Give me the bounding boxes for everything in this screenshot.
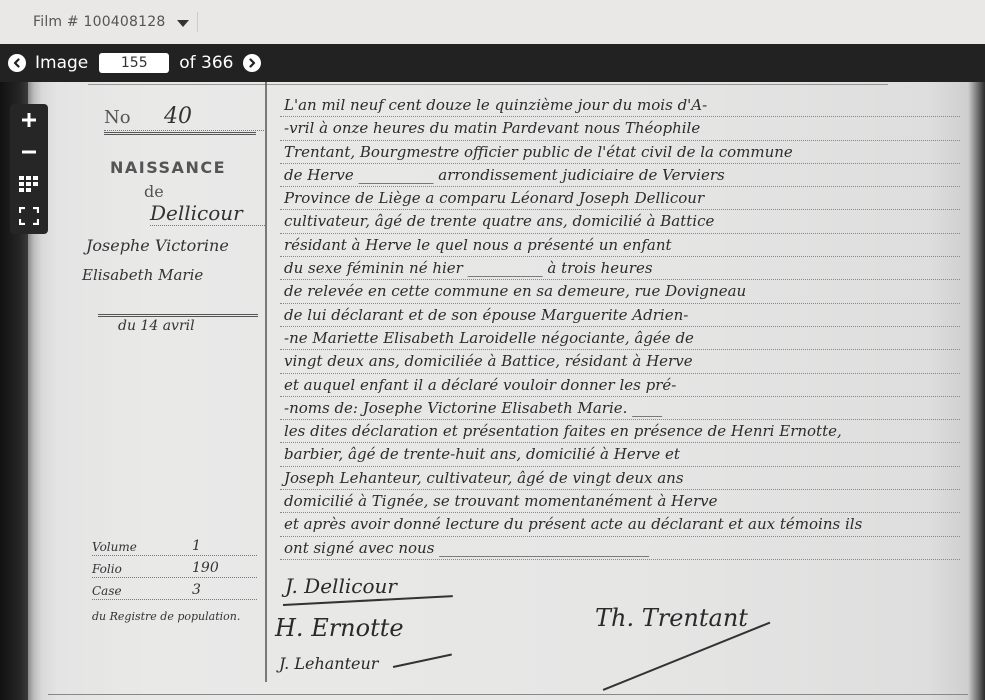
caret-down-icon[interactable] (177, 20, 189, 27)
image-viewer[interactable]: No 40 NAISSANCE de Dellicour Josephe Vic… (0, 82, 985, 700)
register-folio-label: Folio (92, 562, 122, 576)
register-volume-value: 1 (192, 538, 201, 554)
signature-declarant: J. Dellicour (285, 574, 397, 598)
register-case: Case 3 (92, 584, 257, 600)
minus-icon (22, 150, 36, 154)
record-line: Province de Liège a comparu Léonard Jose… (280, 187, 960, 210)
divider (48, 694, 968, 695)
record-number: 40 (164, 104, 192, 129)
image-label: Image (35, 53, 88, 73)
record-number-row: No 40 (104, 107, 264, 131)
record-line: -noms de: Josephe Victorine Elisabeth Ma… (280, 397, 960, 420)
viewer-tools (10, 104, 48, 234)
record-line: domicilié à Tignée, se trouvant momentan… (280, 490, 960, 513)
grid-icon (19, 176, 39, 192)
divider (98, 314, 258, 317)
signature-stroke (393, 654, 452, 668)
record-line: -ne Mariette Elisabeth Laroidelle négoci… (280, 327, 960, 350)
record-line: de relevée en cette commune en sa demeur… (280, 280, 960, 303)
signature-officer: Th. Trentant (595, 604, 748, 632)
record-line: et après avoir donné lecture du présent … (280, 513, 960, 536)
record-line: résidant à Herve le quel nous a présenté… (280, 234, 960, 257)
divider (104, 132, 256, 135)
record-line: les dites déclaration et présentation fa… (280, 420, 960, 443)
signature-witness-2: J. Lehanteur (279, 654, 378, 673)
divider (197, 12, 198, 32)
record-surname: Dellicour (150, 201, 265, 226)
record-line: cultivateur, âgé de trente quatre ans, d… (280, 210, 960, 233)
record-date: du 14 avril (118, 318, 195, 334)
register-folio-value: 190 (192, 560, 219, 576)
record-given-names-2: Elisabeth Marie (82, 266, 203, 284)
record-line: du sexe féminin né hier __________ à tro… (280, 257, 960, 280)
register-case-value: 3 (192, 582, 201, 598)
record-line: Trentant, Bourgmestre officier public de… (280, 141, 960, 164)
image-number-input[interactable] (99, 53, 169, 73)
image-total: of 366 (179, 53, 233, 73)
record-line: de lui déclarant et de son épouse Margue… (280, 304, 960, 327)
record-body: L'an mil neuf cent douze le quinzième jo… (280, 94, 960, 560)
signatures: J. Dellicour H. Ernotte J. Lehanteur Th.… (273, 574, 973, 692)
record-line: de Herve __________ arrondissement judic… (280, 164, 960, 187)
record-line: vingt deux ans, domiciliée à Battice, ré… (280, 350, 960, 373)
zoom-out-button[interactable] (10, 136, 48, 168)
register-folio: Folio 190 (92, 562, 257, 578)
image-nav-bar: Image of 366 (0, 44, 985, 82)
gallery-button[interactable] (10, 168, 48, 200)
record-line: -vril à onze heures du matin Pardevant n… (280, 117, 960, 140)
record-given-names-1: Josephe Victorine (86, 236, 229, 255)
record-margin: No 40 NAISSANCE de Dellicour Josephe Vic… (82, 82, 267, 700)
fullscreen-button[interactable] (10, 200, 48, 232)
record-number-label: No (104, 107, 131, 128)
document-image[interactable]: No 40 NAISSANCE de Dellicour Josephe Vic… (28, 82, 985, 700)
record-line: ont signé avec nous ____________________… (280, 537, 960, 560)
film-number-label: Film # 100408128 (33, 14, 165, 30)
chevron-right-circle-icon[interactable] (243, 54, 261, 72)
record-de: de (144, 182, 164, 201)
fullscreen-icon (19, 207, 39, 225)
register-population-label: du Registre de population. (92, 610, 240, 623)
register-case-label: Case (92, 584, 122, 598)
plus-icon (22, 113, 36, 127)
record-type: NAISSANCE (110, 158, 226, 177)
film-bar: Film # 100408128 (0, 0, 985, 44)
zoom-in-button[interactable] (10, 104, 48, 136)
signature-witness-1: H. Ernotte (275, 614, 404, 642)
register-volume-label: Volume (92, 540, 137, 554)
record-line: et auquel enfant il a déclaré vouloir do… (280, 374, 960, 397)
register-volume: Volume 1 (92, 540, 257, 556)
record-line: barbier, âgé de trente-huit ans, domicil… (280, 443, 960, 466)
chevron-left-circle-icon[interactable] (8, 54, 26, 72)
record-line: L'an mil neuf cent douze le quinzième jo… (280, 94, 960, 117)
record-line: Joseph Lehanteur, cultivateur, âgé de vi… (280, 467, 960, 490)
